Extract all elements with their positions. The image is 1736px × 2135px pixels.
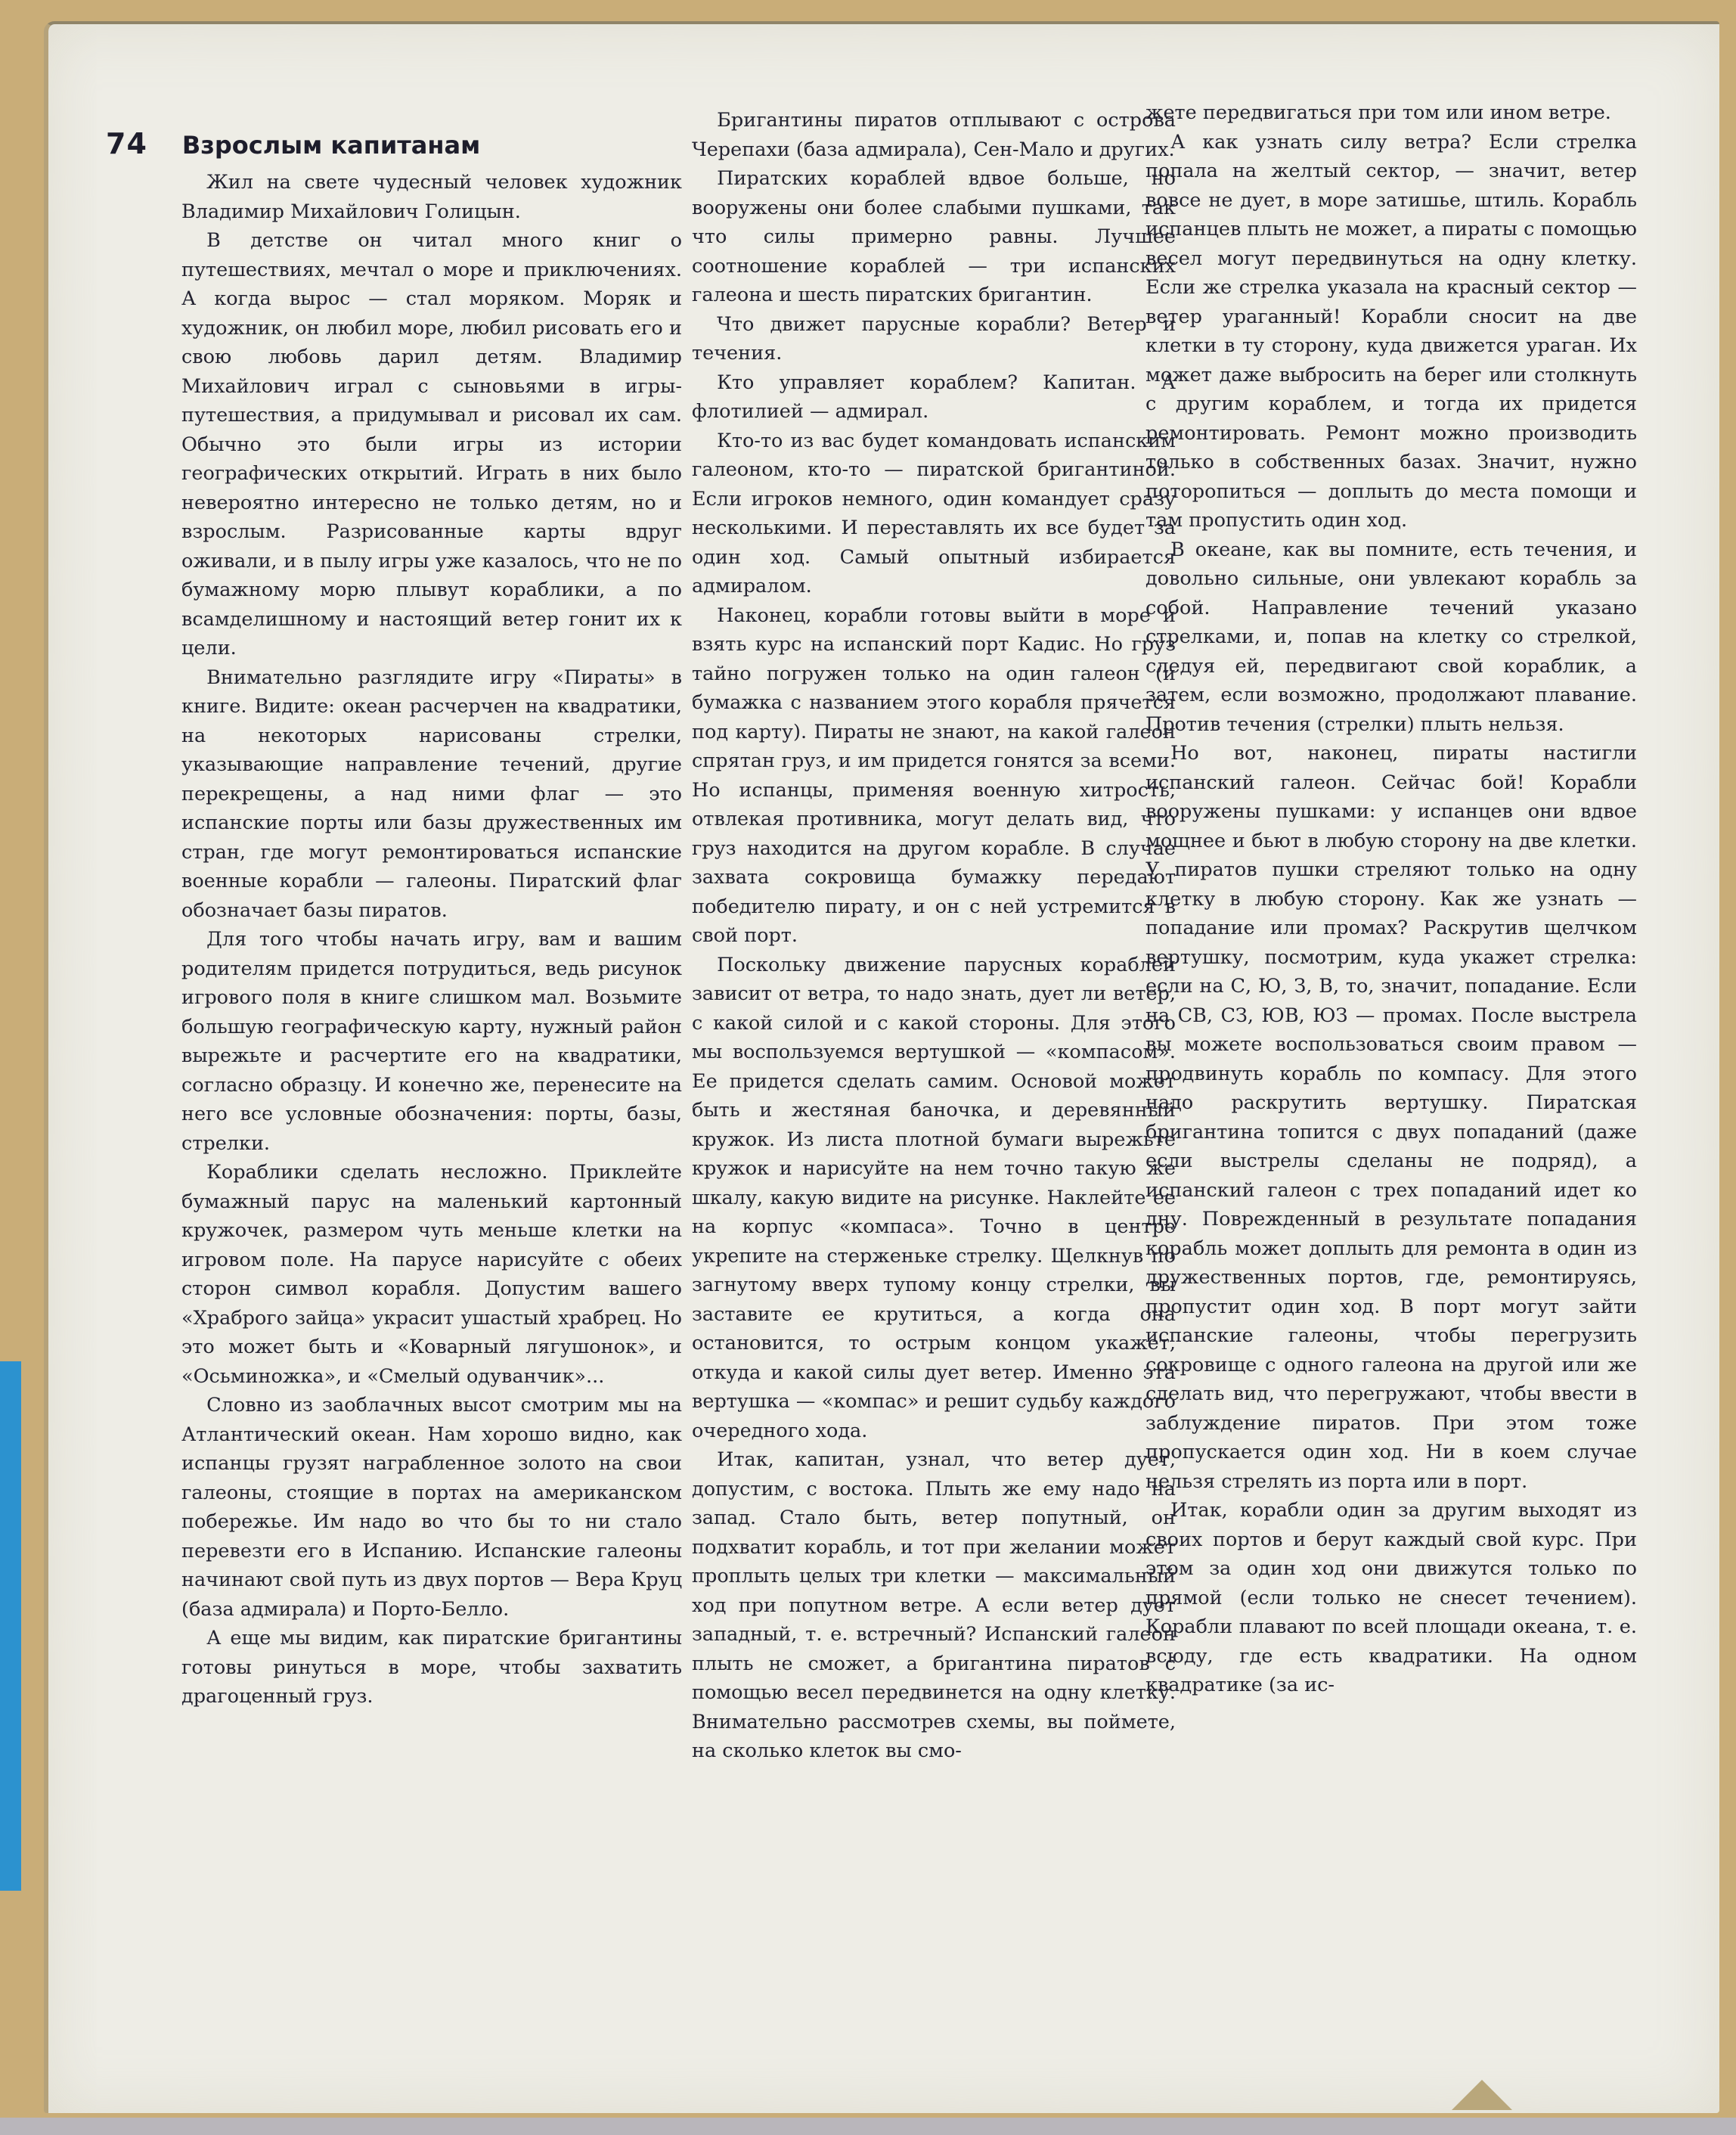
paragraph: Жил на свете чудесный человек художник В… xyxy=(181,168,682,226)
paragraph: Пиратских кораблей вдвое больше, но воор… xyxy=(692,164,1176,310)
page-header: 74 Взрослым капитанам xyxy=(106,127,480,172)
paragraph: Кто управляет кораблем? Капитан. А флоти… xyxy=(692,368,1176,427)
paragraph: А еще мы видим, как пиратские бригантины… xyxy=(181,1624,682,1711)
paragraph: Наконец, корабли готовы выйти в море и в… xyxy=(692,601,1176,951)
text-column-1: Жил на свете чудесный человек художник В… xyxy=(181,168,682,1711)
paragraph: В детстве он читал много книг о путешест… xyxy=(181,226,682,663)
text-column-3: жете передвигаться при том или ином ветр… xyxy=(1145,98,1637,1700)
text-column-2: Бригантины пиратов отплывают с острова Ч… xyxy=(692,106,1176,1766)
paragraph: Поскольку движение парусных кораблей зав… xyxy=(692,951,1176,1446)
paragraph: Итак, капитан, узнал, что ветер дует, до… xyxy=(692,1445,1176,1766)
torn-corner xyxy=(1452,2080,1512,2110)
paragraph: Кто-то из вас будет командовать испански… xyxy=(692,427,1176,601)
paragraph: Бригантины пиратов отплывают с острова Ч… xyxy=(692,106,1176,164)
paragraph: Итак, корабли один за другим выходят из … xyxy=(1145,1496,1637,1700)
page-number: 74 xyxy=(106,127,147,160)
paragraph: Словно из заоблачных высот смотрим мы на… xyxy=(181,1391,682,1624)
cover-illustration-edge xyxy=(0,1361,21,1891)
paragraph: В океане, как вы помните, есть течения, … xyxy=(1145,535,1637,740)
paragraph: Что движет парусные корабли? Ветер и теч… xyxy=(692,310,1176,368)
paragraph: Для того чтобы начать игру, вам и вашим … xyxy=(181,925,682,1158)
paragraph: Кораблики сделать несложно. Приклейте бу… xyxy=(181,1158,682,1391)
paragraph: Внимательно разглядите игру «Пираты» в к… xyxy=(181,663,682,926)
paragraph-continued: жете передвигаться при том или ином ветр… xyxy=(1145,98,1637,128)
section-title: Взрослым капитанам xyxy=(182,131,480,160)
paragraph: Но вот, наконец, пираты настигли испанск… xyxy=(1145,739,1637,1496)
paragraph: А как узнать силу ветра? Если стрелка по… xyxy=(1145,128,1637,535)
